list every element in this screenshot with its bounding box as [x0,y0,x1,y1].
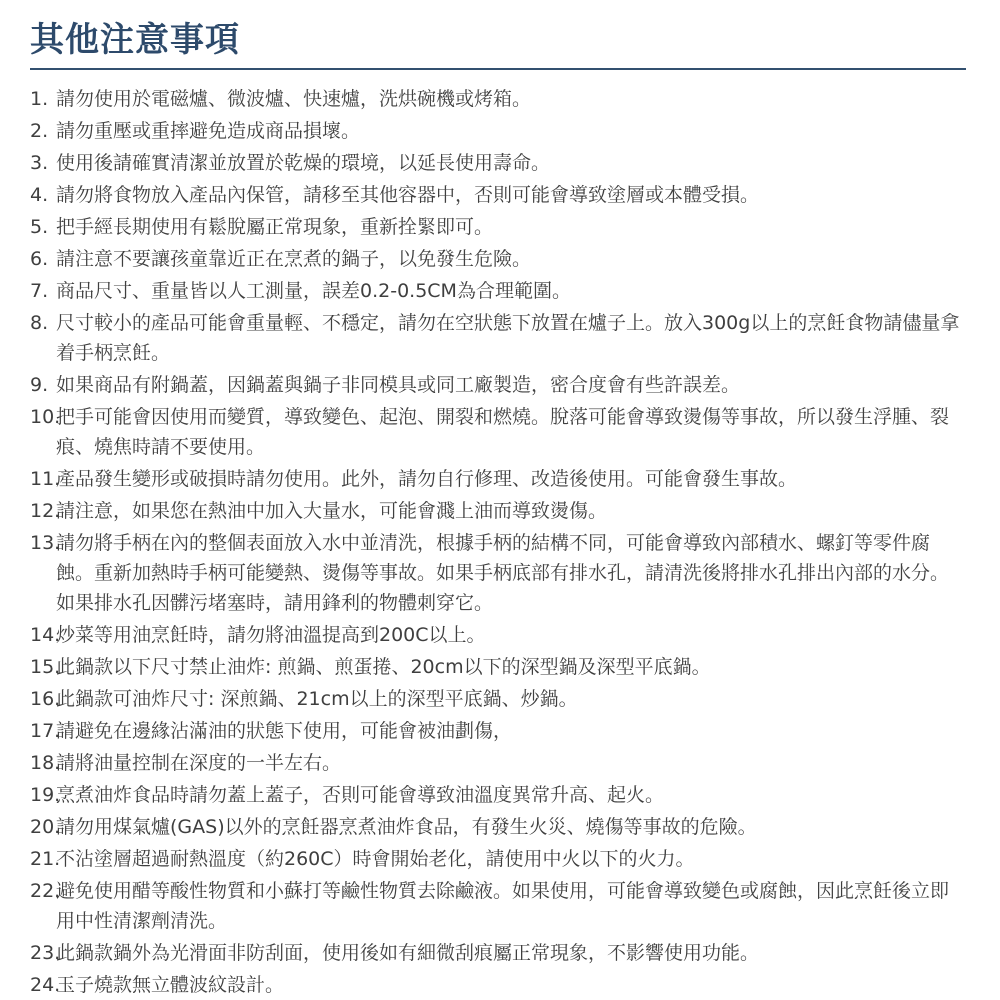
notice-number: 5. [30,212,56,242]
notice-number: 7. [30,276,56,306]
notice-item: 13.請勿將手柄在內的整個表面放入水中並清洗，根據手柄的結構不同，可能會導致內部… [30,528,966,618]
notice-text: 此鍋款可油炸尺寸: 深煎鍋、21cm以上的深型平底鍋、炒鍋。 [56,684,966,714]
notice-number: 12. [30,496,56,526]
notice-number: 14. [30,620,56,650]
notice-item: 4.請勿將食物放入產品內保管，請移至其他容器中，否則可能會導致塗層或本體受損。 [30,180,966,210]
notice-number: 24. [30,970,56,1000]
notice-text: 烹煮油炸食品時請勿蓋上蓋子，否則可能會導致油溫度異常升高、起火。 [56,780,966,810]
notice-number: 18. [30,748,56,778]
notice-number: 9. [30,370,56,400]
notice-item: 9.如果商品有附鍋蓋，因鍋蓋與鍋子非同模具或同工廠製造，密合度會有些許誤差。 [30,370,966,400]
notice-number: 22. [30,876,56,906]
notice-text: 把手經長期使用有鬆脫屬正常現象，重新拴緊即可。 [56,212,966,242]
notice-list: 1.請勿使用於電磁爐、微波爐、快速爐，洗烘碗機或烤箱。 2.請勿重壓或重摔避免造… [30,84,966,1000]
notice-text: 把手可能會因使用而變質，導致變色、起泡、開裂和燃燒。脫落可能會導致燙傷等事故，所… [56,402,966,462]
notice-number: 3. [30,148,56,178]
notice-item: 10.把手可能會因使用而變質，導致變色、起泡、開裂和燃燒。脫落可能會導致燙傷等事… [30,402,966,462]
notice-text: 請避免在邊緣沾滿油的狀態下使用，可能會被油劃傷， [56,716,966,746]
notice-number: 4. [30,180,56,210]
notice-item: 15.此鍋款以下尺寸禁止油炸: 煎鍋、煎蛋捲、20cm以下的深型鍋及深型平底鍋。 [30,652,966,682]
notice-number: 15. [30,652,56,682]
notice-item: 6.請注意不要讓孩童靠近正在烹煮的鍋子，以免發生危險。 [30,244,966,274]
notice-text: 請將油量控制在深度的一半左右。 [56,748,966,778]
notice-number: 2. [30,116,56,146]
notice-text: 請注意，如果您在熱油中加入大量水，可能會濺上油而導致燙傷。 [56,496,966,526]
notice-item: 2.請勿重壓或重摔避免造成商品損壞。 [30,116,966,146]
notice-item: 8.尺寸較小的產品可能會重量輕、不穩定，請勿在空狀態下放置在爐子上。放入300g… [30,308,966,368]
notice-number: 13. [30,528,56,558]
notice-text: 炒菜等用油烹飪時，請勿將油溫提高到200C以上。 [56,620,966,650]
notice-number: 10. [30,402,56,432]
notice-text: 此鍋款以下尺寸禁止油炸: 煎鍋、煎蛋捲、20cm以下的深型鍋及深型平底鍋。 [56,652,966,682]
notice-text: 避免使用醋等酸性物質和小蘇打等鹼性物質去除鹼液。如果使用，可能會導致變色或腐蝕，… [56,876,966,936]
notice-item: 1.請勿使用於電磁爐、微波爐、快速爐，洗烘碗機或烤箱。 [30,84,966,114]
notice-text: 請勿將食物放入產品內保管，請移至其他容器中，否則可能會導致塗層或本體受損。 [56,180,966,210]
notice-text: 此鍋款鍋外為光滑面非防刮面，使用後如有細微刮痕屬正常現象，不影響使用功能。 [56,938,966,968]
notice-number: 23. [30,938,56,968]
notice-item: 12.請注意，如果您在熱油中加入大量水，可能會濺上油而導致燙傷。 [30,496,966,526]
notice-item: 5.把手經長期使用有鬆脫屬正常現象，重新拴緊即可。 [30,212,966,242]
notice-text: 請勿使用於電磁爐、微波爐、快速爐，洗烘碗機或烤箱。 [56,84,966,114]
notice-item: 21.不沾塗層超過耐熱溫度（約260C）時會開始老化，請使用中火以下的火力。 [30,844,966,874]
notice-number: 11. [30,464,56,494]
notice-item: 23.此鍋款鍋外為光滑面非防刮面，使用後如有細微刮痕屬正常現象，不影響使用功能。 [30,938,966,968]
notice-text: 請勿用煤氣爐(GAS)以外的烹飪器烹煮油炸食品，有發生火災、燒傷等事故的危險。 [56,812,966,842]
notice-text: 不沾塗層超過耐熱溫度（約260C）時會開始老化，請使用中火以下的火力。 [56,844,966,874]
notice-item: 20.請勿用煤氣爐(GAS)以外的烹飪器烹煮油炸食品，有發生火災、燒傷等事故的危… [30,812,966,842]
notice-text: 使用後請確實清潔並放置於乾燥的環境，以延長使用壽命。 [56,148,966,178]
notice-text: 產品發生變形或破損時請勿使用。此外，請勿自行修理、改造後使用。可能會發生事故。 [56,464,966,494]
notice-item: 19.烹煮油炸食品時請勿蓋上蓋子，否則可能會導致油溫度異常升高、起火。 [30,780,966,810]
notice-number: 19. [30,780,56,810]
notice-item: 7.商品尺寸、重量皆以人工測量，誤差0.2-0.5CM為合理範圍。 [30,276,966,306]
notice-item: 18.請將油量控制在深度的一半左右。 [30,748,966,778]
notice-text: 如果商品有附鍋蓋，因鍋蓋與鍋子非同模具或同工廠製造，密合度會有些許誤差。 [56,370,966,400]
notice-text: 尺寸較小的產品可能會重量輕、不穩定，請勿在空狀態下放置在爐子上。放入300g以上… [56,308,966,368]
notice-text: 請勿重壓或重摔避免造成商品損壞。 [56,116,966,146]
notice-number: 8. [30,308,56,338]
notice-number: 6. [30,244,56,274]
notice-item: 16.此鍋款可油炸尺寸: 深煎鍋、21cm以上的深型平底鍋、炒鍋。 [30,684,966,714]
notice-text: 玉子燒款無立體波紋設計。 [56,970,966,1000]
notice-item: 14.炒菜等用油烹飪時，請勿將油溫提高到200C以上。 [30,620,966,650]
notice-number: 17. [30,716,56,746]
notice-document-page: 其他注意事項 1.請勿使用於電磁爐、微波爐、快速爐，洗烘碗機或烤箱。 2.請勿重… [0,0,1000,1000]
notice-text: 請注意不要讓孩童靠近正在烹煮的鍋子，以免發生危險。 [56,244,966,274]
notice-number: 16. [30,684,56,714]
notice-item: 11.產品發生變形或破損時請勿使用。此外，請勿自行修理、改造後使用。可能會發生事… [30,464,966,494]
page-title: 其他注意事項 [30,18,966,62]
notice-item: 17.請避免在邊緣沾滿油的狀態下使用，可能會被油劃傷， [30,716,966,746]
notice-text: 商品尺寸、重量皆以人工測量，誤差0.2-0.5CM為合理範圍。 [56,276,966,306]
notice-number: 20. [30,812,56,842]
notice-item: 24.玉子燒款無立體波紋設計。 [30,970,966,1000]
notice-text: 請勿將手柄在內的整個表面放入水中並清洗，根據手柄的結構不同，可能會導致內部積水、… [56,528,966,618]
notice-number: 1. [30,84,56,114]
notice-item: 22.避免使用醋等酸性物質和小蘇打等鹼性物質去除鹼液。如果使用，可能會導致變色或… [30,876,966,936]
title-divider [30,68,966,70]
notice-item: 3.使用後請確實清潔並放置於乾燥的環境，以延長使用壽命。 [30,148,966,178]
notice-number: 21. [30,844,56,874]
